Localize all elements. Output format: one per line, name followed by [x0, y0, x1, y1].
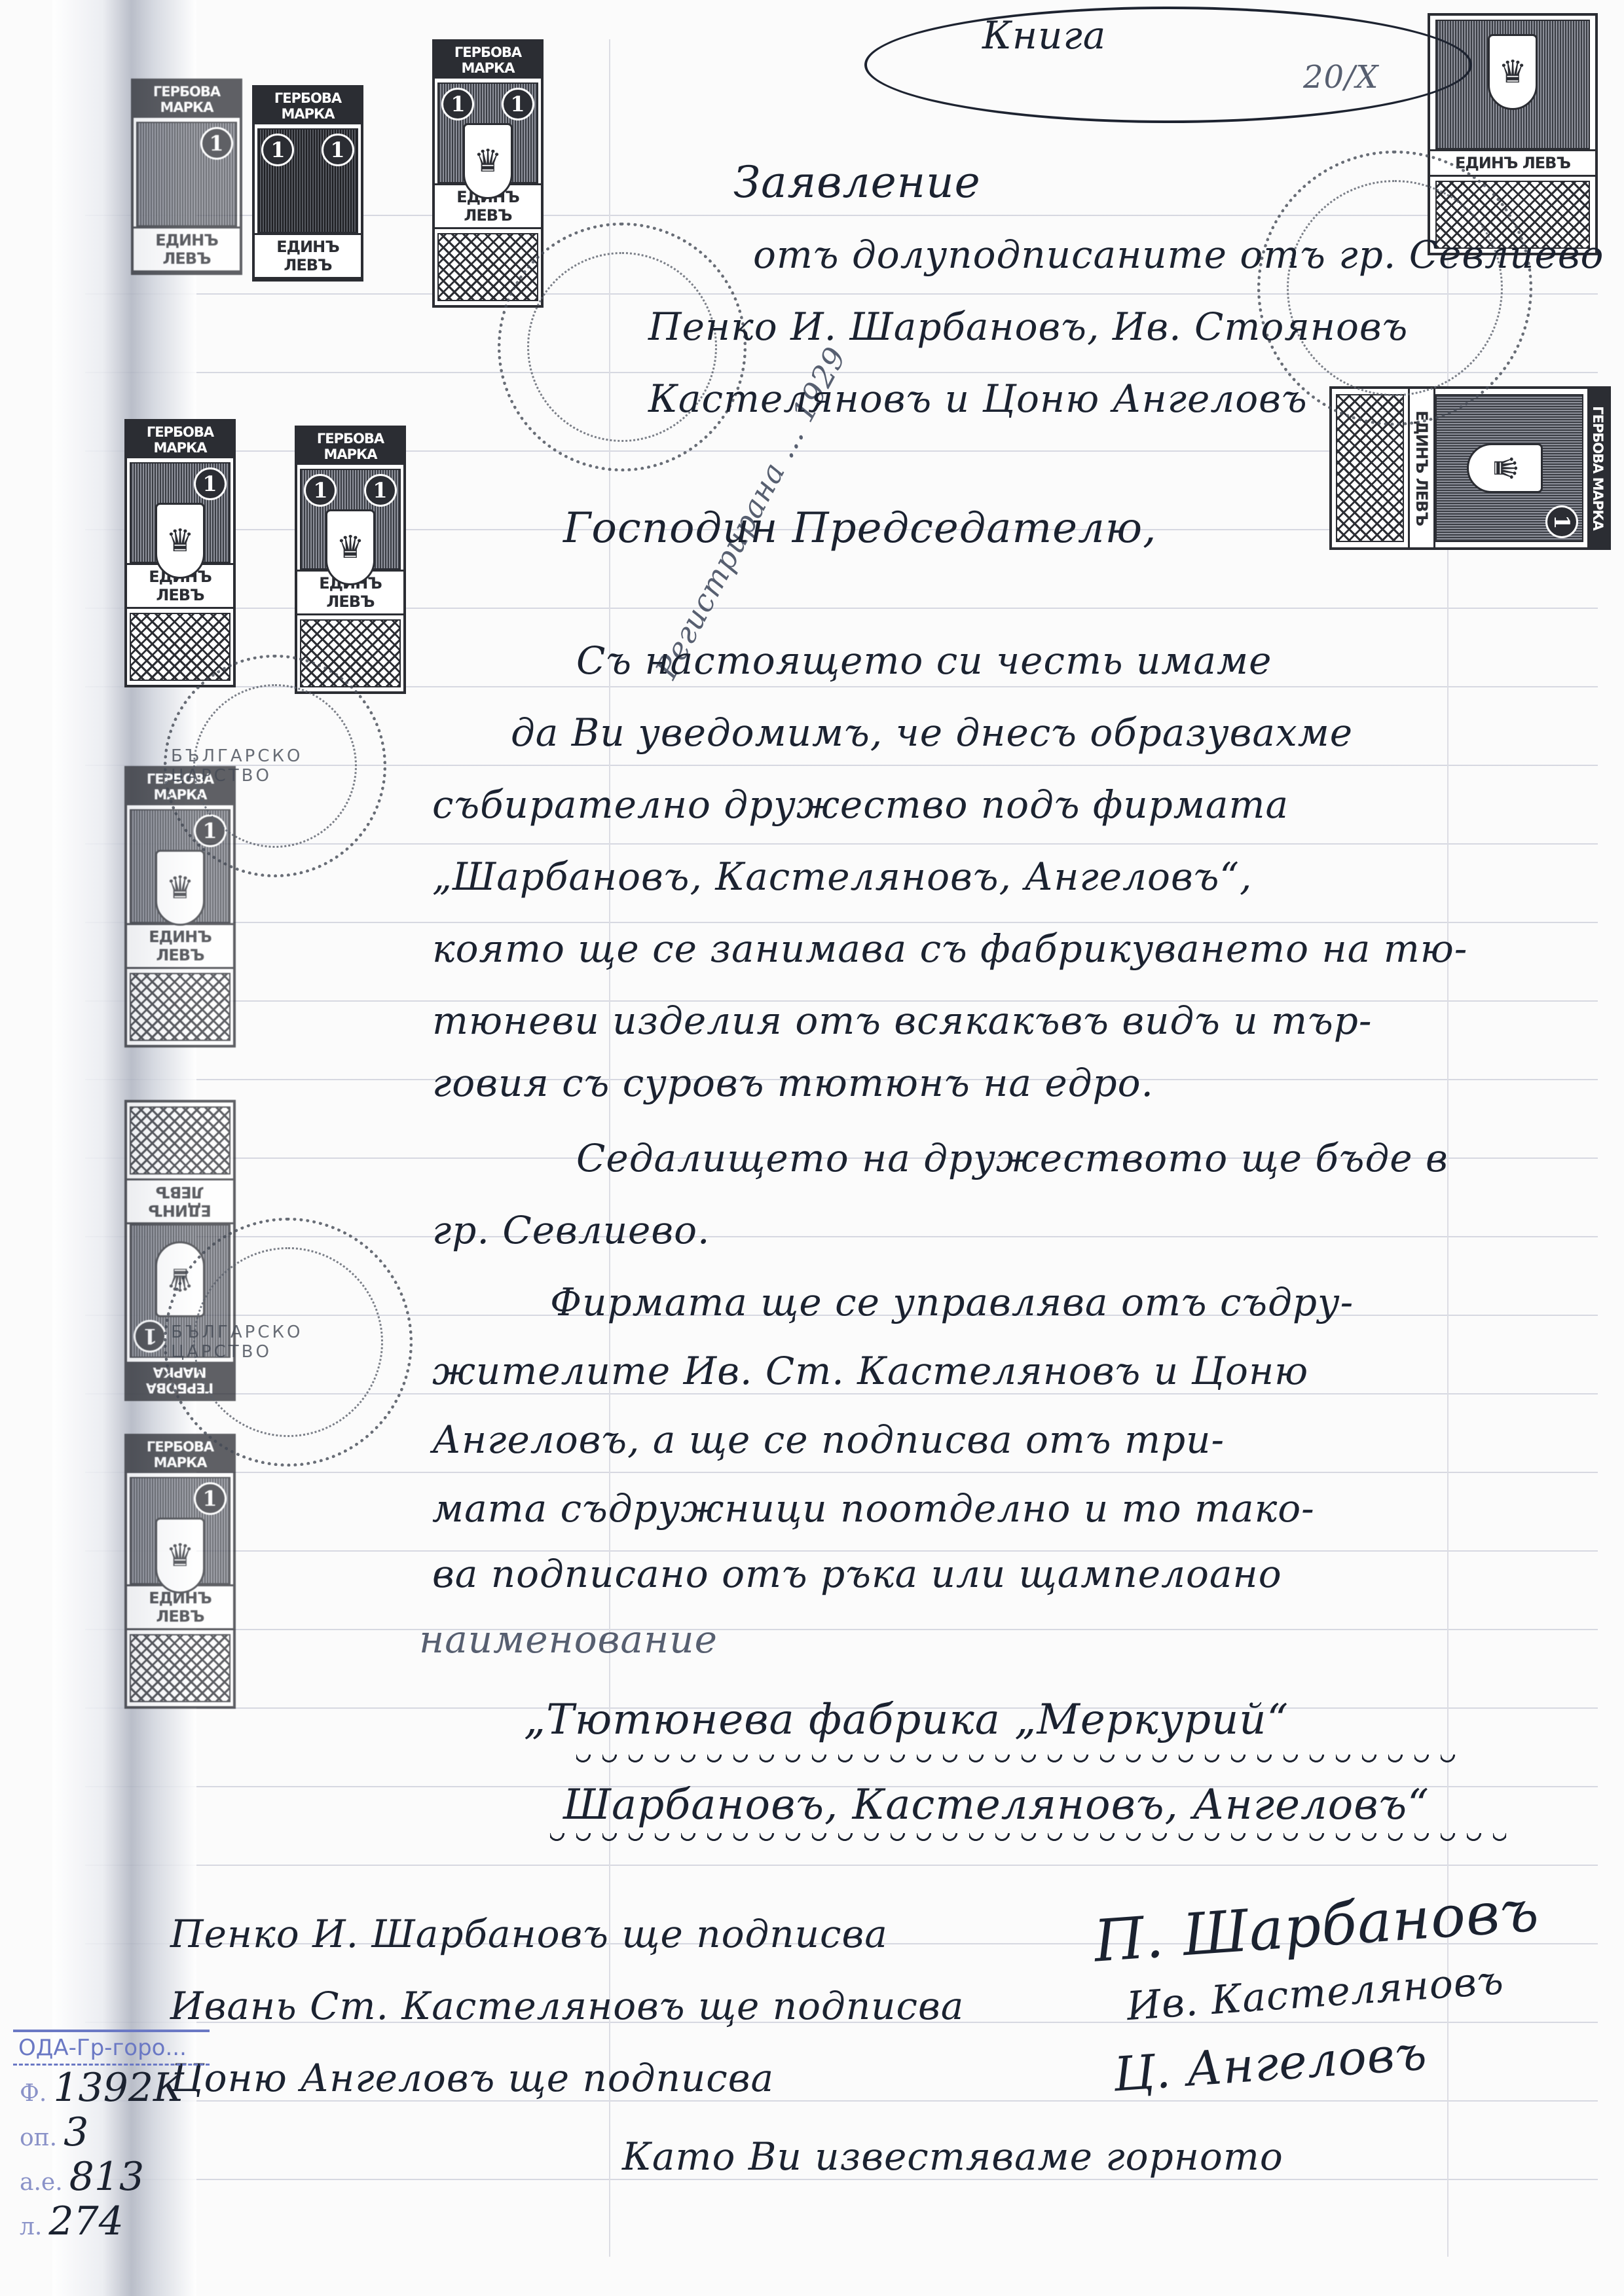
salutation: Господин Председателю, [563, 504, 1156, 553]
body-line: мата съдружници поотделно и то тако- [432, 1486, 1315, 1531]
archive-unit: а.е.813 [13, 2155, 210, 2199]
document-title: Заявление [733, 157, 981, 208]
signature-declaration: Пенко И. Шарбановъ ще подписва [170, 1912, 888, 1956]
archive-opis: оп.3 [13, 2110, 210, 2155]
firm-name-line-2: Шарбановъ, Кастеляновъ, Ангеловъ“ [563, 1781, 1430, 1829]
signature-declaration: Ивань Ст. Кастеляновъ ще подписва [170, 1984, 964, 2028]
body-line: „Шарбановъ, Кастеляновъ, Ангеловъ“, [432, 854, 1252, 899]
body-line: която ще се занимава съ фабрикуването на… [432, 926, 1467, 971]
body-line: Ангеловъ, а ще се подписва отъ три- [432, 1417, 1225, 1462]
revenue-stamp: ГЕРБОВА МАРКА 1 ЕДИНЪ ЛЕВЪ [131, 79, 242, 275]
revenue-stamp: ГЕРБОВА МАРКА 11♛ ЕДИНЪ ЛЕВЪ [295, 426, 406, 694]
official-seal: БЪЛГАРСКО ЦАРСТВО [164, 1218, 413, 1467]
lion-crest-icon: ♛ [325, 509, 375, 585]
official-seal: БЪЛГАРСКО ЦАРСТВО [164, 655, 386, 877]
archive-stamp-header: ОДА-Гр-горо... [13, 2030, 210, 2066]
body-line: събирателно дружество подъ фирмата [432, 782, 1289, 827]
from-line-3: Кастеляновъ и Цоню Ангеловъ [648, 376, 1308, 421]
body-line: ва подписано отъ ръка или щампелоано [432, 1552, 1282, 1596]
lion-crest-icon: ♛ [155, 1518, 205, 1594]
body-line: наименование [419, 1617, 718, 1662]
lion-crest-icon: ♛ [1488, 34, 1538, 110]
top-right-note: 20/X [1303, 59, 1378, 96]
top-note: Книга [982, 13, 1106, 58]
body-line: Фирмата ще се управлява отъ съдру- [550, 1280, 1354, 1324]
body-line: Седалището на дружеството ще бъде в [576, 1136, 1449, 1180]
body-line: Съ настоящето си честь имаме [576, 638, 1272, 683]
lion-crest-icon: ♛ [155, 503, 205, 579]
document-page: ГЕРБОВА МАРКА 1 ЕДИНЪ ЛЕВЪ ГЕРБОВА МАРКА… [0, 0, 1624, 2296]
revenue-stamp: ГЕРБОВА МАРКА 11 ЕДИНЪ ЛЕВЪ [252, 85, 363, 282]
archive-sheet: л.274 [13, 2199, 210, 2244]
revenue-stamp: ГЕРБОВА МАРКА 1♛ ЕДИНЪ ЛЕВЪ [124, 419, 236, 687]
wavy-underline [576, 1755, 1467, 1770]
body-line: тюневи изделия отъ всякакъвъ видъ и тър- [432, 998, 1372, 1043]
ornament [130, 1634, 230, 1702]
wavy-underline [550, 1833, 1506, 1849]
ornament [130, 973, 230, 1041]
signature-declaration: Цоню Ангеловъ ще подписва [170, 2056, 774, 2100]
archive-fond: Ф.1392К [13, 2066, 210, 2110]
from-line-2: Пенко И. Шарбановъ, Ив. Стояновъ [648, 304, 1408, 349]
top-note-ellipse [864, 7, 1472, 123]
from-line-1: отъ долуподписаните отъ гр. Севлиевo [753, 232, 1604, 277]
lion-crest-icon: ♛ [463, 123, 513, 199]
lion-crest-icon: ♛ [1467, 443, 1543, 493]
ornament [130, 1106, 230, 1175]
revenue-stamp: ГЕРБОВА МАРКА 1♛ ЕДИНЪ ЛЕВЪ [124, 1434, 236, 1709]
body-line: гр. Севлиево. [432, 1208, 710, 1252]
body-line: говия съ суровъ тютюнъ на едро. [432, 1061, 1154, 1105]
body-line: да Ви уведомимъ, че днесъ образувахме [511, 710, 1353, 755]
archive-stamp: ОДА-Гр-горо... Ф.1392К оп.3 а.е.813 л.27… [13, 2030, 210, 2278]
firm-name-line-1: „Тютюнева фабрика „Меркурий“ [524, 1696, 1289, 1744]
closing-line: Като Ви известяваме горното [622, 2134, 1283, 2179]
body-line: жителите Ив. Ст. Кастеляновъ и Цоню [432, 1349, 1308, 1393]
